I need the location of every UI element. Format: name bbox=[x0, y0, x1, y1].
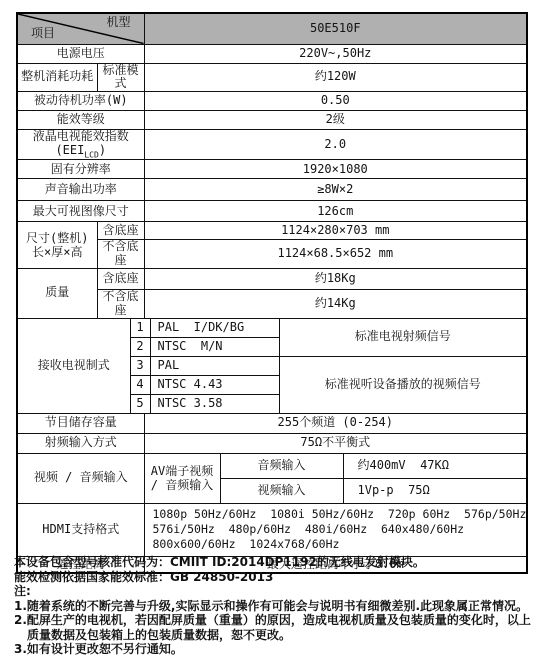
av-terminal-label: AV端子视频 / 音频输入 bbox=[144, 453, 220, 503]
spec-value-channel-capacity: 255个频道 (0-254) bbox=[144, 413, 527, 433]
spec-value-audio-output-power: ≥8W×2 bbox=[144, 179, 527, 201]
av-audio-input-value: 约400mV 47KΩ bbox=[343, 453, 527, 478]
spec-label-weight: 质量 bbox=[17, 269, 97, 319]
spec-value-standby-power: 0.50 bbox=[144, 92, 527, 111]
spec-value-native-resolution: 1920×1080 bbox=[144, 160, 527, 179]
spec-value-weight-with-stand: 约18Kg bbox=[144, 269, 527, 290]
spec-table: 机型 项目 50E510F 电源电压 220V~,50Hz 整机消耗功耗 标准模… bbox=[16, 12, 528, 574]
header-model-value: 50E510F bbox=[144, 13, 527, 44]
spec-label-dimensions-with-stand: 含底座 bbox=[97, 222, 144, 240]
tv-system-name-5: NTSC 3.58 bbox=[150, 394, 279, 413]
spec-value-hdmi: 1080p 50Hz/60Hz 1080i 50Hz/60Hz 720p 60H… bbox=[144, 503, 527, 556]
footer-energy-standard-line: 能效检测依据国家能效标准：GB 24850-2013 bbox=[14, 570, 542, 585]
spec-label-audio-output-power: 声音输出功率 bbox=[17, 179, 144, 201]
spec-value-energy-grade: 2级 bbox=[144, 111, 527, 130]
tv-system-num-3: 3 bbox=[130, 356, 150, 375]
spec-label-hdmi: HDMI支持格式 bbox=[17, 503, 144, 556]
footer-note-2-continued: 质量数据及包装箱上的包装质量数据，恕不更改。 bbox=[14, 628, 542, 643]
spec-value-dimensions-without-stand: 1124×68.5×652 mm bbox=[144, 240, 527, 269]
spec-label-energy-grade: 能效等级 bbox=[17, 111, 144, 130]
header-project-label: 项目 bbox=[31, 27, 55, 41]
footer-note-3: 3.如有设计更改恕不另行通知。 bbox=[14, 642, 542, 657]
tv-system-name-1: PAL I/DK/BG bbox=[150, 318, 279, 337]
tv-system-name-3: PAL bbox=[150, 356, 279, 375]
spec-value-max-visible-size: 126cm bbox=[144, 201, 527, 222]
footer-note-1: 1.随着系统的不断完善与升级,实际显示和操作有可能会与说明书有细微差别.此现象属… bbox=[14, 599, 542, 614]
header-model-label: 机型 bbox=[106, 16, 130, 30]
spec-label-av-input: 视频 / 音频输入 bbox=[17, 453, 144, 503]
spec-label-eei: 液晶电视能效指数(EEILCD) bbox=[17, 130, 144, 160]
tv-system-name-4: NTSC 4.43 bbox=[150, 375, 279, 394]
spec-label-dimensions-without-stand: 不含底座 bbox=[97, 240, 144, 269]
spec-label-standby-power: 被动待机功率(W) bbox=[17, 92, 144, 111]
spec-label-rf-input: 射频输入方式 bbox=[17, 433, 144, 453]
footer-cmiit-line: 本设备包含型号核准代码为：CMIIT ID:2014DP1192的无线电发射模块… bbox=[14, 555, 542, 570]
spec-label-tv-systems: 接收电视制式 bbox=[17, 318, 130, 413]
tv-system-name-2: NTSC M/N bbox=[150, 337, 279, 356]
spec-label-standard-mode: 标准模式 bbox=[97, 63, 144, 92]
tv-system-num-1: 1 bbox=[130, 318, 150, 337]
spec-label-max-visible-size: 最大可视图像尺寸 bbox=[17, 201, 144, 222]
av-audio-input-label: 音频输入 bbox=[220, 453, 343, 478]
footer-notes: 本设备包含型号核准代码为：CMIIT ID:2014DP1192的无线电发射模块… bbox=[14, 555, 542, 657]
spec-value-dimensions-with-stand: 1124×280×703 mm bbox=[144, 222, 527, 240]
tv-system-rf-note: 标准电视射频信号 bbox=[279, 318, 527, 356]
footer-note-label: 注: bbox=[14, 584, 542, 599]
footer-note-2: 2.配屏生产的电视机，若因配屏质量（重量）的原因，造成电视机质量及包装质量的变化… bbox=[14, 613, 542, 628]
spec-label-dimensions: 尺寸(整机) 长×厚×高 bbox=[17, 222, 97, 269]
spec-label-weight-with-stand: 含底座 bbox=[97, 269, 144, 290]
tv-system-num-4: 4 bbox=[130, 375, 150, 394]
tv-system-num-2: 2 bbox=[130, 337, 150, 356]
eei-subscript: LCD bbox=[84, 150, 98, 159]
spec-label-weight-without-stand: 不含底座 bbox=[97, 290, 144, 319]
header-diagonal-cell: 机型 项目 bbox=[17, 13, 144, 44]
spec-label-power-voltage: 电源电压 bbox=[17, 44, 144, 63]
spec-sheet-page: 机型 项目 50E510F 电源电压 220V~,50Hz 整机消耗功耗 标准模… bbox=[0, 0, 550, 664]
spec-value-weight-without-stand: 约14Kg bbox=[144, 290, 527, 319]
spec-label-native-resolution: 固有分辨率 bbox=[17, 160, 144, 179]
tv-system-av-note: 标准视听设备播放的视频信号 bbox=[279, 356, 527, 413]
spec-value-eei: 2.0 bbox=[144, 130, 527, 160]
av-video-input-label: 视频输入 bbox=[220, 478, 343, 503]
tv-system-num-5: 5 bbox=[130, 394, 150, 413]
spec-value-power-consumption: 约120W bbox=[144, 63, 527, 92]
spec-label-power-consumption: 整机消耗功耗 bbox=[17, 63, 97, 92]
spec-label-channel-capacity: 节目储存容量 bbox=[17, 413, 144, 433]
spec-value-power-voltage: 220V~,50Hz bbox=[144, 44, 527, 63]
av-video-input-value: 1Vp-p 75Ω bbox=[343, 478, 527, 503]
spec-value-rf-input: 75Ω不平衡式 bbox=[144, 433, 527, 453]
